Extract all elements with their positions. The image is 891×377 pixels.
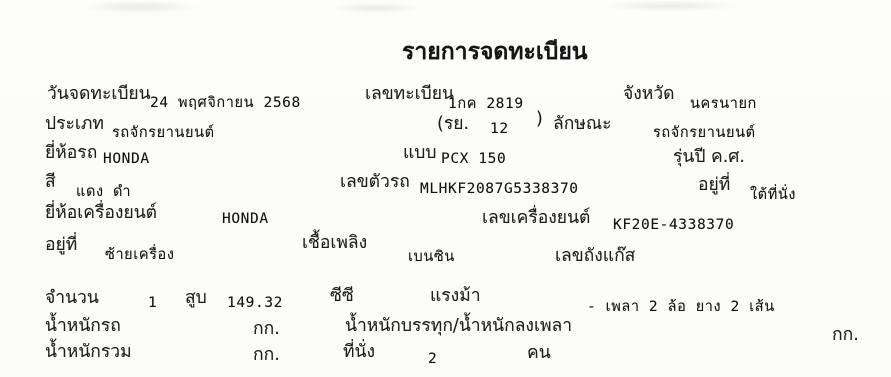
vehicle-brand-value: HONDA xyxy=(103,151,150,167)
type-code-label: (รย. xyxy=(437,109,469,137)
vehicle-type-label: ประเภท xyxy=(45,109,104,137)
registration-number-label: เลขทะเบียน xyxy=(365,79,454,107)
axle-wheel-tire-value: - เพลา 2 ล้อ ยาง 2 เส้น xyxy=(587,295,775,318)
page-title: รายการจดทะเบียน xyxy=(402,34,588,70)
vehicle-weight-unit-label: กก. xyxy=(253,314,280,342)
total-weight-label: น้ำหนักรวม xyxy=(45,337,132,365)
scan-smudge xyxy=(330,2,420,14)
fuel-label: เชื้อเพลิง xyxy=(302,228,367,256)
seats-unit-label: คน xyxy=(527,338,551,366)
gas-tank-number-label: เลขถังแก๊ส xyxy=(555,241,635,269)
vehicle-weight-label: น้ำหนักรถ xyxy=(45,311,121,339)
scan-smudge xyxy=(600,0,740,12)
color-label: สี xyxy=(45,167,56,195)
seats-value: 2 xyxy=(428,351,437,367)
type-code-value: 12 xyxy=(490,121,509,137)
type-code-close: ) xyxy=(536,109,543,129)
engine-location-value: ซ้ายเครื่อง xyxy=(105,243,175,266)
province-value: นครนายก xyxy=(690,92,757,115)
load-axle-weight-label: น้ำหนักบรรทุก/น้ำหนักลงเพลา xyxy=(345,311,572,339)
engine-number-value: KF20E-4338370 xyxy=(613,217,734,233)
registration-date-label: วันจดทะเบียน xyxy=(47,79,151,107)
registration-document: รายการจดทะเบียน วันจดทะเบียน 24 พฤศจิกาย… xyxy=(0,0,891,377)
body-style-value: รถจักรยานยนต์ xyxy=(653,121,756,144)
body-style-label: ลักษณะ xyxy=(553,109,612,137)
fuel-value: เบนซิน xyxy=(408,245,455,268)
chassis-location-label: อยู่ที่ xyxy=(698,170,730,198)
engine-brand-label: ยี่ห้อเครื่องยนต์ xyxy=(45,198,157,226)
scan-smudge xyxy=(80,0,200,14)
registration-date-value: 24 พฤศจิกายน 2568 xyxy=(150,91,301,114)
horsepower-label: แรงม้า xyxy=(430,281,481,309)
cylinders-unit-label: สูบ xyxy=(185,283,207,311)
engine-brand-value: HONDA xyxy=(222,211,269,227)
total-weight-unit-label: กก. xyxy=(253,340,280,368)
province-label: จังหวัด xyxy=(623,79,675,107)
chassis-location-value: ใต้ที่นั่ง xyxy=(750,183,796,206)
engine-number-label: เลขเครื่องยนต์ xyxy=(482,203,590,231)
vehicle-type-value: รถจักรยานยนต์ xyxy=(112,121,215,144)
model-year-label: รุ่นปี ค.ศ. xyxy=(673,142,745,170)
chassis-number-label: เลขตัวรถ xyxy=(340,167,410,195)
displacement-value: 149.32 xyxy=(227,295,283,311)
engine-location-label: อยู่ที่ xyxy=(45,230,77,258)
displacement-unit-label: ซีซี xyxy=(330,281,354,309)
vehicle-brand-label: ยี่ห้อรถ xyxy=(45,138,97,166)
cylinders-label: จำนวน xyxy=(45,283,99,311)
load-axle-weight-unit-label: กก. xyxy=(832,320,859,348)
model-label: แบบ xyxy=(403,138,437,166)
chassis-number-value: MLHKF2087G5338370 xyxy=(420,181,579,197)
cylinders-value: 1 xyxy=(148,295,157,311)
seats-label: ที่นั่ง xyxy=(343,337,375,365)
model-value: PCX 150 xyxy=(441,151,506,167)
